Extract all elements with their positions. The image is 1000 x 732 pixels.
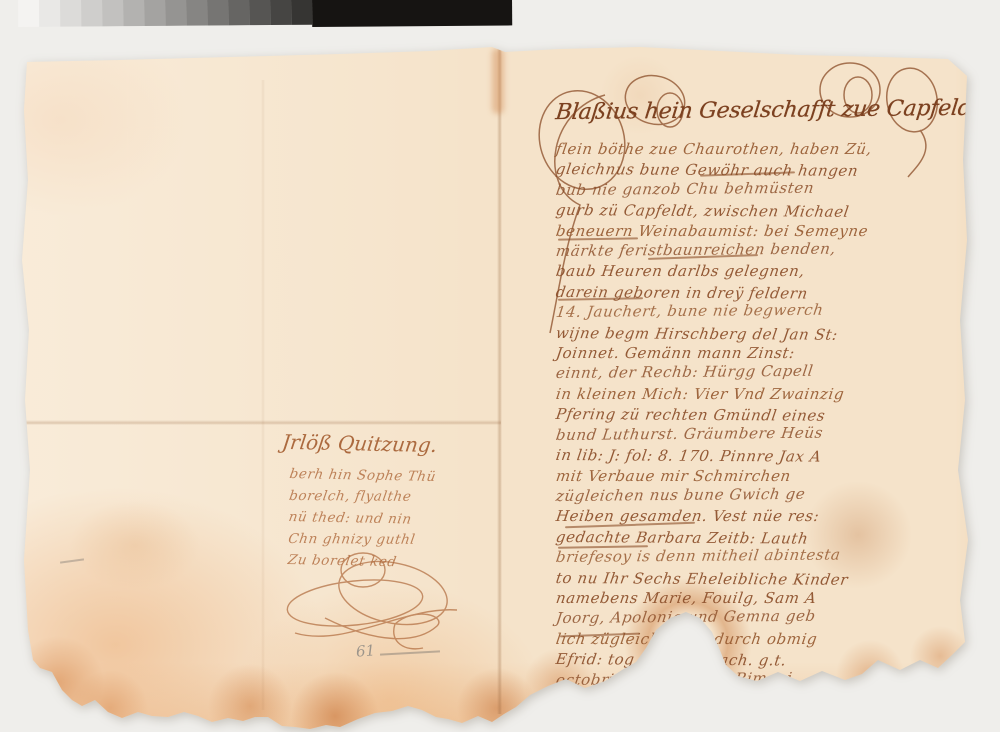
manuscript-line: in kleinen Mich: Vier Vnd Zwainzig xyxy=(555,384,970,404)
manuscript-line: gurb zü Capfeldt, zwischen Michael xyxy=(555,200,970,223)
note-body: berh hin Sophe Thüborelch, flyalthenü th… xyxy=(288,464,492,576)
manuscript-line: 14. Jauchert, bune nie begwerch xyxy=(555,299,970,323)
manuscript-line: baub Heuren darlbs gelegnen, xyxy=(555,261,970,281)
pencil-annotation: 61 xyxy=(355,641,375,660)
fold-crease-stain xyxy=(492,48,504,114)
manuscript-line: bub nie ganzob Chu behmüsten xyxy=(555,176,970,200)
fold-crease-faint xyxy=(261,80,265,710)
marginal-note: Jrlöß Quitzung. berh hin Sophe Thüborelc… xyxy=(280,430,493,576)
manuscript-line: flein böthe zue Chaurothen, haben Zü, xyxy=(555,139,970,159)
manuscript-line: bund Luthurst. Gräumbere Heüs xyxy=(555,421,970,445)
manuscript-body: flein böthe zue Chaurothen, haben Zü,gle… xyxy=(556,139,968,710)
manuscript-line: lich zügleich wann durch obmig xyxy=(555,629,970,649)
manuscript-heading: Blaßius hein Geselschafft zue Capfeldt xyxy=(556,98,968,123)
note-heading: Jrlöß Quitzung. xyxy=(281,430,494,458)
manuscript-paper: Blaßius hein Geselschafft zue Capfeldt f… xyxy=(0,0,1000,732)
photo-scene: Blaßius hein Geselschafft zue Capfeldt f… xyxy=(0,0,1000,732)
pencil-stroke xyxy=(380,650,440,655)
note-line: borelch, flyalthe xyxy=(288,486,494,509)
manuscript-line: märkte feristbaunreichen benden, xyxy=(555,237,970,261)
manuscript-line: einnt, der Rechb: Hürgg Capell xyxy=(555,360,970,384)
note-line: Chn ghnizy guthl xyxy=(287,528,493,551)
paper-shadow-wrap: Blaßius hein Geselschafft zue Capfeldt f… xyxy=(0,0,1000,732)
manuscript-line: octobris 66 begegten Rimani xyxy=(555,666,970,690)
note-line: Zu borelet ked xyxy=(286,550,491,576)
manuscript-line: Joorg, Apolonia und Gemna geb xyxy=(555,605,970,629)
fold-crease-vertical xyxy=(497,46,502,714)
manuscript-line: zügleichen nus bune Gwich ge xyxy=(555,482,970,506)
manuscript-line: in lib: J: fol: 8. 170. Pinnre Jax A xyxy=(555,445,970,468)
manuscript-line: mesti nichwo Ziy ni xyxy=(555,690,970,713)
pencil-scribble xyxy=(60,558,84,563)
heading-text: Blaßius hein Geselschafft zue Capfeldt xyxy=(554,96,969,125)
